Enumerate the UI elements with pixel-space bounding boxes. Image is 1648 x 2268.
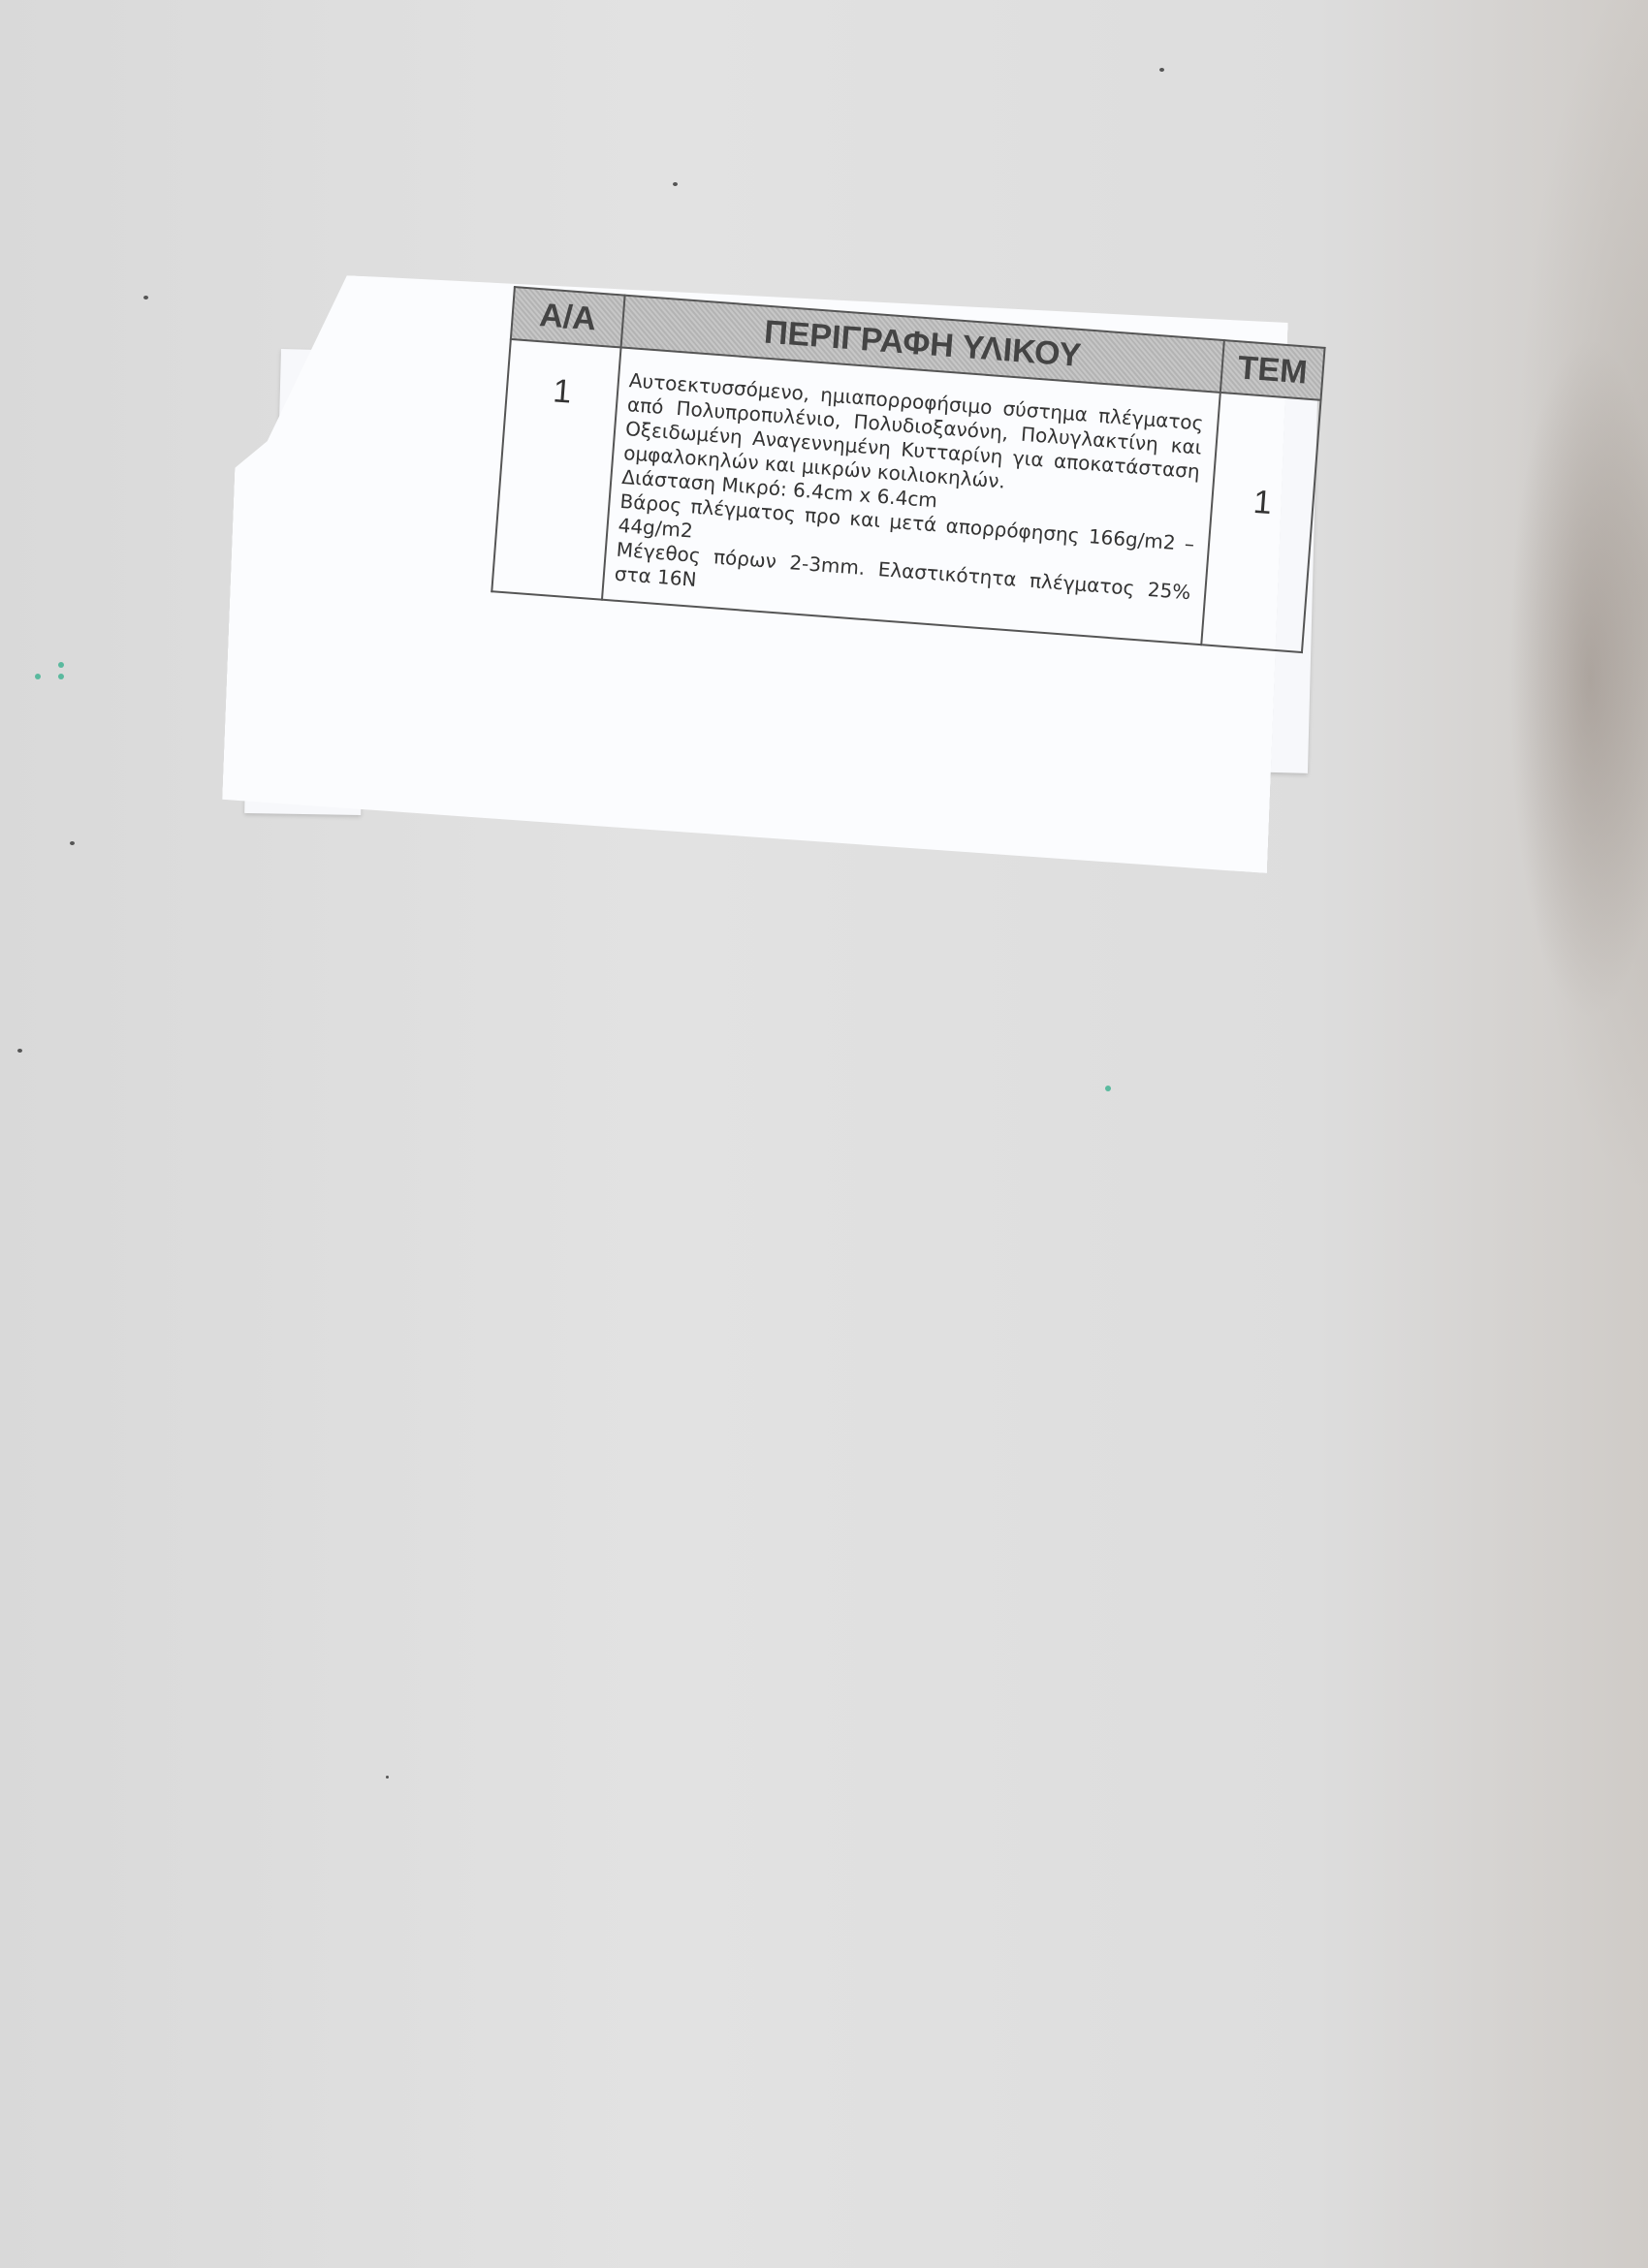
row-description: Αυτοεκτυσσόμενο, ημιαπορροφήσιμο σύστημα… <box>602 347 1220 645</box>
row-index: 1 <box>491 339 620 600</box>
material-description-table: Α/Α ΠΕΡΙΓΡΑΦΗ ΥΛΙΚΟΥ ΤΕΜ 1 Αυτοεκτυσσόμε… <box>491 286 1325 653</box>
ink-mark <box>35 674 41 679</box>
ink-mark <box>1105 1086 1111 1091</box>
row-quantity: 1 <box>1201 393 1320 652</box>
ink-mark <box>58 674 64 679</box>
scan-speck <box>70 841 75 845</box>
header-quantity: ΤΕΜ <box>1220 340 1325 400</box>
scan-speck <box>143 296 148 299</box>
ink-mark <box>58 662 64 668</box>
scan-speck <box>17 1049 22 1053</box>
scan-speck <box>386 1776 389 1779</box>
scan-speck <box>673 182 678 186</box>
header-index: Α/Α <box>511 287 625 347</box>
scan-speck <box>1159 68 1164 72</box>
